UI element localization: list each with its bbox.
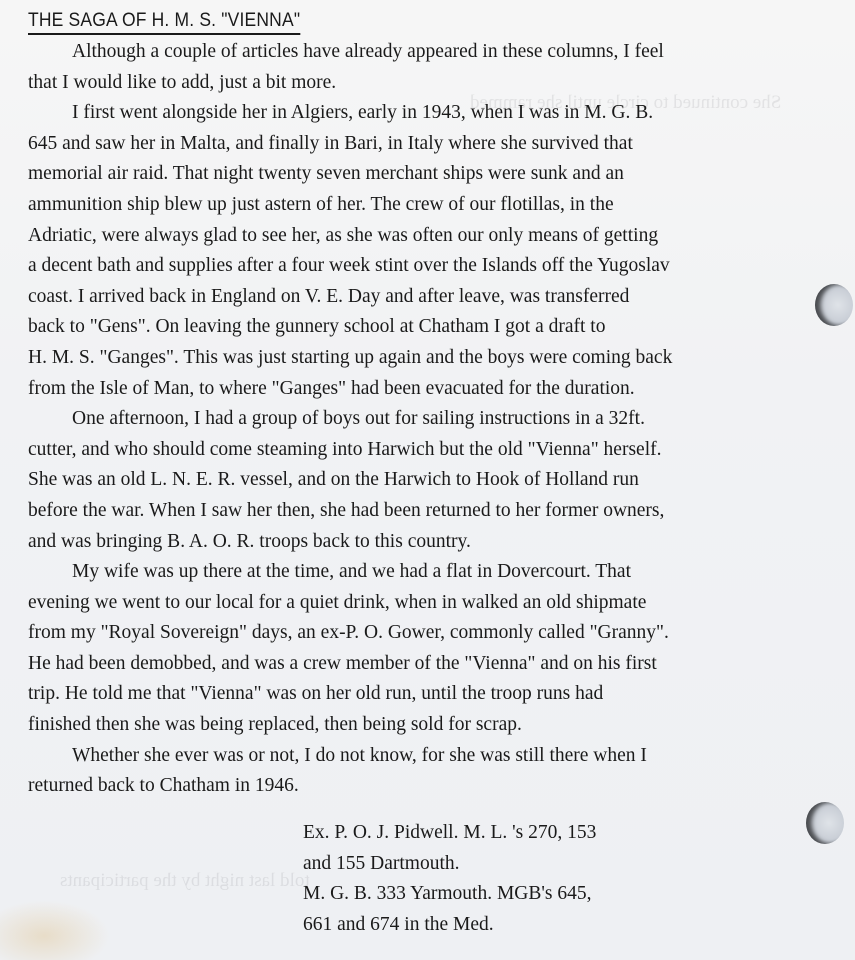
text-line: from my "Royal Sovereign" days, an ex-P.…: [28, 618, 818, 649]
page-title: THE SAGA OF H. M. S. "VIENNA": [28, 10, 300, 35]
article-body: Although a couple of articles have alrea…: [28, 37, 818, 802]
bleed-through-text: told last night by the participants: [60, 870, 310, 892]
text-line: trip. He told me that "Vienna" was on he…: [28, 679, 818, 710]
text-line: returned back to Chatham in 1946.: [28, 771, 818, 802]
paper-stain: [0, 900, 110, 960]
signature-line: Ex. P. O. J. Pidwell. M. L. 's 270, 153: [303, 818, 596, 849]
punch-hole-bottom: [806, 802, 844, 844]
text-line: He had been demobbed, and was a crew mem…: [28, 649, 818, 680]
signature-line: M. G. B. 333 Yarmouth. MGB's 645,: [303, 879, 596, 910]
text-line: a decent bath and supplies after a four …: [28, 251, 818, 282]
text-line: Although a couple of articles have alrea…: [28, 37, 818, 68]
text-line: evening we went to our local for a quiet…: [28, 588, 818, 619]
signature-line: 661 and 674 in the Med.: [303, 910, 596, 941]
text-line: finished then she was being replaced, th…: [28, 710, 818, 741]
text-line: She was an old L. N. E. R. vessel, and o…: [28, 465, 818, 496]
text-line: coast. I arrived back in England on V. E…: [28, 282, 818, 313]
text-line: Whether she ever was or not, I do not kn…: [28, 741, 818, 772]
text-line: One afternoon, I had a group of boys out…: [28, 404, 818, 435]
text-line: and was bringing B. A. O. R. troops back…: [28, 527, 818, 558]
text-line: I first went alongside her in Algiers, e…: [28, 98, 818, 129]
text-line: 645 and saw her in Malta, and finally in…: [28, 129, 818, 160]
text-line: H. M. S. "Ganges". This was just startin…: [28, 343, 818, 374]
text-line: memorial air raid. That night twenty sev…: [28, 159, 818, 190]
text-line: Adriatic, were always glad to see her, a…: [28, 221, 818, 252]
signature-block: Ex. P. O. J. Pidwell. M. L. 's 270, 153a…: [303, 818, 596, 940]
scanned-page: She continued to circle until she rammed…: [0, 0, 855, 960]
text-line: back to "Gens". On leaving the gunnery s…: [28, 312, 818, 343]
text-line: from the Isle of Man, to where "Ganges" …: [28, 374, 818, 405]
text-line: that I would like to add, just a bit mor…: [28, 68, 818, 99]
text-line: My wife was up there at the time, and we…: [28, 557, 818, 588]
text-line: before the war. When I saw her then, she…: [28, 496, 818, 527]
signature-line: and 155 Dartmouth.: [303, 849, 596, 880]
punch-hole-top: [815, 284, 853, 326]
text-line: cutter, and who should come steaming int…: [28, 435, 818, 466]
text-line: ammunition ship blew up just astern of h…: [28, 190, 818, 221]
